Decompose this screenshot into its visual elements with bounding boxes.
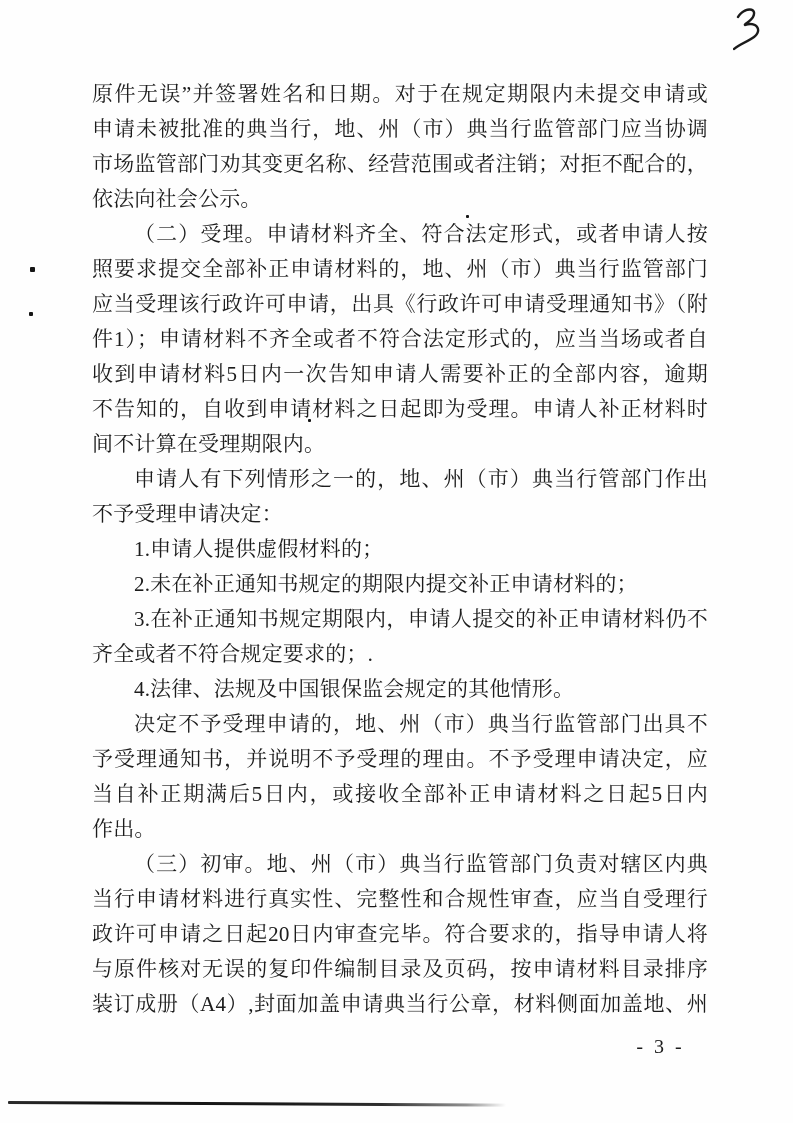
scan-speck <box>308 419 311 422</box>
text-line: 申请未被批准的典当行，地、州（市）典当行监管部门应当协调 <box>92 112 708 147</box>
text-line: 当行申请材料进行真实性、完整性和合规性审查，应当自受理行 <box>92 882 708 917</box>
text-line: 市场监管部门劝其变更名称、经营范围或者注销；对拒不配合的， <box>92 147 708 182</box>
document-body: 原件无误”并签署姓名和日期。对于在规定期限内未提交申请或申请未被批准的典当行，地… <box>92 77 708 1022</box>
scan-speck <box>29 312 33 316</box>
text-line: 申请人有下列情形之一的，地、州（市）典当行管部门作出 <box>92 462 708 497</box>
text-line: 作出。 <box>92 812 708 847</box>
text-line: 齐全或者不符合规定要求的；. <box>92 637 708 672</box>
scan-speck <box>30 267 35 272</box>
text-line: 当自补正期满后5日内，或接收全部补正申请材料之日起5日内 <box>92 777 708 812</box>
text-line: 1.申请人提供虚假材料的； <box>92 532 708 567</box>
text-line: 4.法律、法规及中国银保监会规定的其他情形。 <box>92 672 708 707</box>
handwritten-mark-3 <box>733 6 769 52</box>
page-number: - 3 - <box>588 1036 733 1059</box>
scan-speck <box>466 215 469 218</box>
text-line: 2.未在补正通知书规定的期限内提交补正申请材料的； <box>92 567 708 602</box>
text-line: 应当受理该行政许可申请，出具《行政许可申请受理通知书》（附 <box>92 287 708 322</box>
text-line: （三）初审。地、州（市）典当行监管部门负责对辖区内典 <box>92 847 708 882</box>
text-line: （二）受理。申请材料齐全、符合法定形式，或者申请人按 <box>92 217 708 252</box>
text-line: 收到申请材料5日内一次告知申请人需要补正的全部内容，逾期 <box>92 357 708 392</box>
text-line: 政许可申请之日起20日内审查完毕。符合要求的，指导申请人将 <box>92 917 708 952</box>
text-line: 3.在补正通知书规定期限内，申请人提交的补正申请材料仍不 <box>92 602 708 637</box>
text-line: 依法向社会公示。 <box>92 182 708 217</box>
text-line: 不予受理申请决定： <box>92 497 708 532</box>
document-page: 原件无误”并签署姓名和日期。对于在规定期限内未提交申请或申请未被批准的典当行，地… <box>0 0 793 1123</box>
text-line: 装订成册（A4）,封面加盖申请典当行公章，材料侧面加盖地、州 <box>92 987 708 1022</box>
text-line: 决定不予受理申请的，地、州（市）典当行监管部门出具不 <box>92 707 708 742</box>
text-line: 间不计算在受理期限内。 <box>92 427 708 462</box>
text-line: 原件无误”并签署姓名和日期。对于在规定期限内未提交申请或 <box>92 77 708 112</box>
scan-artifact-line <box>8 1101 506 1107</box>
text-line: 与原件核对无误的复印件编制目录及页码，按申请材料目录排序 <box>92 952 708 987</box>
text-line: 件1）；申请材料不齐全或者不符合法定形式的，应当当场或者自 <box>92 322 708 357</box>
text-line: 照要求提交全部补正申请材料的，地、州（市）典当行监管部门 <box>92 252 708 287</box>
text-line: 不告知的，自收到申请材料之日起即为受理。申请人补正材料时 <box>92 392 708 427</box>
text-line: 予受理通知书，并说明不予受理的理由。不予受理申请决定，应 <box>92 742 708 777</box>
